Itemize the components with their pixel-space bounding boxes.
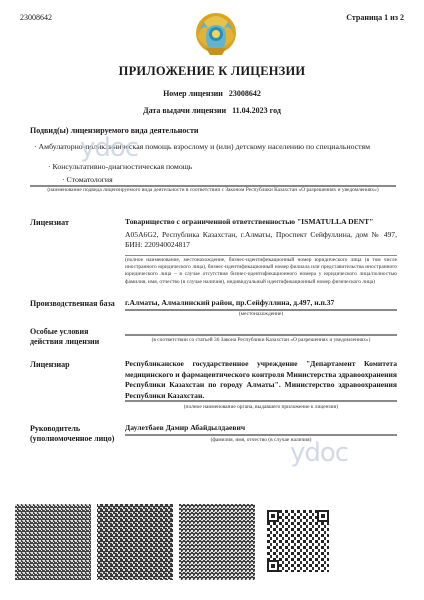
divider [125, 400, 397, 402]
divider [125, 334, 397, 336]
licensee-label: Лицензиат [30, 218, 69, 228]
page-indicator: Страница 1 из 2 [346, 13, 404, 22]
watermark: ydoc [80, 133, 138, 163]
licensor-value: Республиканское государственное учрежден… [125, 359, 397, 401]
licensee-note: (полное наименование, местонахождение, б… [125, 257, 397, 286]
licensee-name: Товарищество с ограниченной ответственно… [125, 217, 397, 227]
production-base-value: г.Алматы, Алмалинский район, пр.Сейфулли… [125, 298, 397, 308]
divider [125, 434, 397, 436]
special-conditions-note: (в соответствии со статьей 36 Закона Рес… [125, 337, 397, 344]
issue-date-value: 11.04.2023 год [232, 106, 281, 115]
special-conditions-label: Особые условия действия лицензии [30, 327, 99, 347]
licensor-note: (полное наименование органа, выдавшего п… [125, 404, 397, 411]
head-label-line2: (уполномоченное лицо) [30, 434, 114, 444]
head-note: (фамилия, имя, отчество (в случае наличи… [125, 437, 397, 444]
license-number-line: Номер лицензии 23008642 [0, 89, 424, 98]
state-emblem-icon [194, 8, 238, 58]
divider [125, 255, 397, 256]
special-conditions-label-line2: действия лицензии [30, 337, 99, 347]
issue-date-label: Дата выдачи лицензии [143, 106, 226, 115]
production-base-label: Производственная база [30, 299, 115, 309]
production-base-note: (местонахождение) [125, 311, 397, 318]
licensee-address: A05A6G2, Республика Казахстан, г.Алматы,… [125, 230, 397, 250]
page-title: ПРИЛОЖЕНИЕ К ЛИЦЕНЗИИ [0, 64, 424, 79]
qr-code [267, 510, 329, 572]
watermark: ydoc [290, 438, 348, 468]
barcode-block-3 [179, 504, 255, 580]
document-number: 23008642 [20, 13, 52, 22]
head-value: Даулетбаев Дамир Абайдылдаевич [125, 423, 397, 433]
barcode-block-1 [15, 504, 91, 580]
license-number-value: 23008642 [229, 89, 261, 98]
barcode-block-2 [97, 504, 173, 580]
activity-item: · Стоматология [62, 175, 113, 184]
licensor-label: Лицензиар [30, 360, 70, 370]
issue-date-line: Дата выдачи лицензии 11.04.2023 год [0, 106, 424, 115]
special-conditions-label-line1: Особые условия [30, 327, 99, 337]
head-label-line1: Руководитель [30, 424, 114, 434]
activity-note: (наименование подвида лицензируемого вид… [30, 187, 396, 194]
head-label: Руководитель (уполномоченное лицо) [30, 424, 114, 444]
license-number-label: Номер лицензии [163, 89, 223, 98]
activity-item: · Консультативно-диагностическая помощь [48, 162, 192, 171]
